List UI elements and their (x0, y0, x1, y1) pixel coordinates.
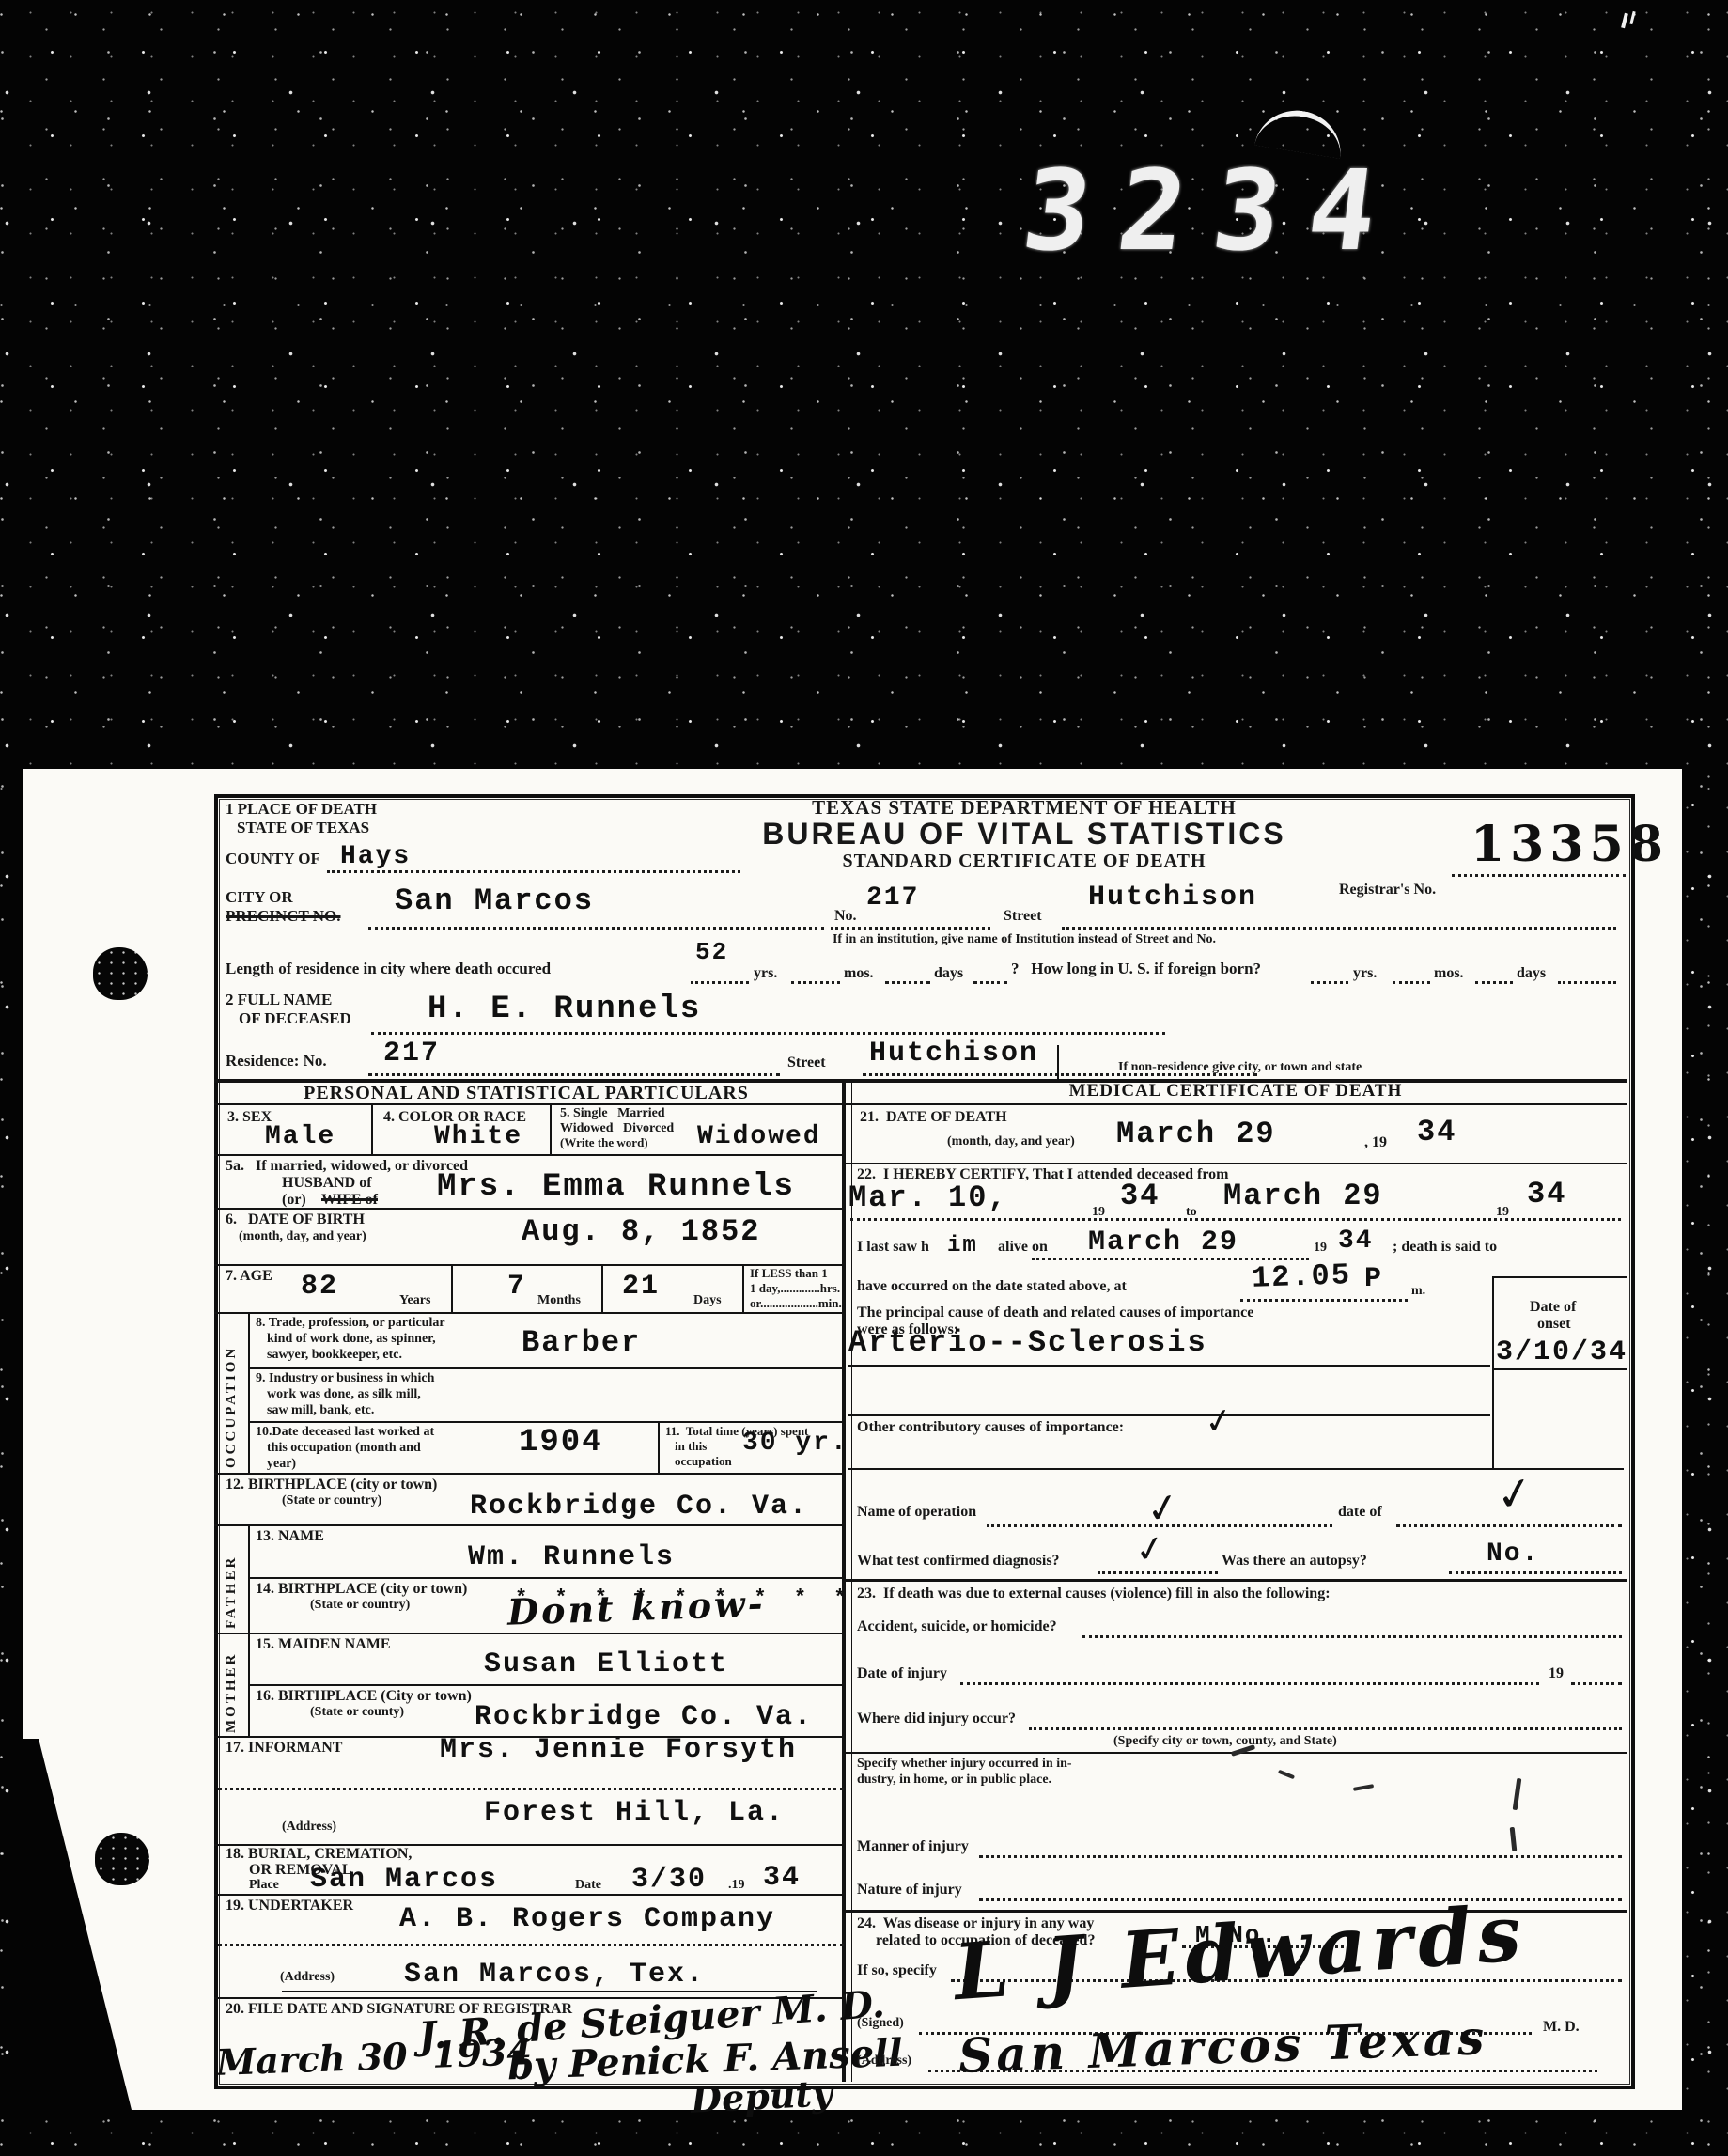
form-rule (214, 1633, 846, 1634)
dotted-leader (1449, 1571, 1622, 1574)
dotted-leader (368, 927, 824, 930)
injury-19-label: 19 (1549, 1665, 1564, 1681)
mother-name-value: Susan Elliott (484, 1648, 728, 1680)
dotted-leader (1311, 981, 1348, 984)
dotted-leader (1062, 927, 1616, 930)
m-label: m. (1411, 1284, 1425, 1298)
fullname-label2: OF DECEASED (239, 1010, 351, 1027)
last-worked-label3: year) (267, 1457, 296, 1471)
father-birthplace-value: Dont know- (506, 1582, 766, 1633)
father-name-label: 13. NAME (256, 1528, 324, 1544)
from-19-label: 19 (1092, 1205, 1105, 1219)
dotted-leader (371, 1032, 1165, 1035)
marital-label-2: Widowed Divorced (560, 1121, 674, 1135)
informant-address-label: (Address) (282, 1820, 336, 1834)
city-value: San Marcos (395, 883, 594, 918)
last-saw-label2: alive on (998, 1239, 1048, 1255)
form-rule (371, 1103, 373, 1154)
dod-19-label: , 19 (1364, 1134, 1387, 1150)
house-number-value: 217 (866, 883, 919, 913)
burial-year-value: 34 (763, 1862, 801, 1894)
personal-band-title: PERSONAL AND STATISTICAL PARTICULARS (226, 1083, 827, 1104)
dotted-leader (1082, 1635, 1622, 1638)
father-birthplace-label: 14. BIRTHPLACE (city or town) (256, 1581, 467, 1597)
form-rule (601, 1264, 603, 1312)
mother-side-label: MOTHER (224, 1637, 240, 1733)
if-less-label1: If LESS than 1 (750, 1267, 828, 1280)
total-time-value: 30 yr. (742, 1429, 848, 1458)
house-number-label: No. (834, 908, 857, 924)
dotted-leader (1571, 1682, 1622, 1685)
dotted-leader (1240, 1299, 1408, 1302)
informant-address-value: Forest Hill, La. (484, 1797, 785, 1829)
dotted-leader (885, 981, 930, 984)
specify-injury-label1: Specify whether injury occurred in in- (857, 1757, 1072, 1771)
undertaker-label: 19. UNDERTAKER (226, 1898, 353, 1914)
deputy-title: Deputy (690, 2071, 833, 2121)
state-label: STATE OF TEXAS (237, 820, 369, 836)
burial-date-value: 3/30 (631, 1864, 707, 1896)
film-edge-mark (1621, 13, 1628, 28)
street-label: Street (1004, 908, 1042, 924)
medical-band-title: MEDICAL CERTIFICATE OF DEATH (850, 1081, 1621, 1101)
dotted-leader (960, 1682, 1539, 1685)
dotted-leader (1452, 874, 1626, 877)
signed-label: (Signed) (857, 2016, 904, 2030)
last-saw-label1: I last saw h (857, 1239, 929, 1255)
time-of-death-value: 12.05 (1251, 1258, 1351, 1296)
form-rule (214, 1208, 846, 1210)
undertaker-address-label: (Address) (280, 1970, 335, 1984)
years-label: Years (399, 1293, 430, 1307)
birthplace-label: 12. BIRTHPLACE (city or town) (226, 1476, 437, 1492)
form-rule (846, 1579, 1627, 1582)
yrs-label: yrs. (754, 965, 777, 981)
to-label: to (1186, 1205, 1197, 1219)
time-pm-value: P (1364, 1263, 1383, 1295)
form-rule (248, 1367, 846, 1369)
last-saw-date: March 29 (1088, 1226, 1238, 1258)
dob-label: 6. DATE OF BIRTH (226, 1211, 365, 1227)
trade-label3: sawyer, bookkeeper, etc. (267, 1348, 402, 1362)
nature-of-injury-label: Nature of injury (857, 1882, 962, 1898)
trade-value: Barber (522, 1325, 641, 1360)
contributory-label: Other contributory causes of importance: (857, 1419, 1124, 1435)
age-years-value: 82 (301, 1271, 338, 1303)
fullname-label: 2 FULL NAME (226, 992, 332, 1008)
form-rule (214, 1312, 846, 1314)
dotted-leader (1558, 981, 1616, 984)
age-days-value: 21 (622, 1271, 660, 1303)
days-label: days (934, 965, 963, 981)
date-of-injury-label: Date of injury (857, 1665, 947, 1681)
dotted-leader (218, 1788, 844, 1790)
last-saw-him: im (947, 1233, 978, 1258)
occupation-side-label: OCCUPATION (224, 1320, 240, 1468)
street-value: Hutchison (1088, 882, 1257, 914)
county-value: Hays (340, 842, 411, 871)
certificate-title: STANDARD CERTIFICATE OF DEATH (601, 851, 1447, 872)
microfilm-frame-number: 3234 (1017, 146, 1412, 275)
industry-label1: 9. Industry or business in which (256, 1371, 434, 1385)
total-time-label2: in this (675, 1440, 707, 1453)
form-rule (214, 1154, 846, 1156)
burial-label1: 18. BURIAL, CREMATION, (226, 1846, 412, 1862)
where-injury-label: Where did injury occur? (857, 1711, 1016, 1726)
dotted-leader (1393, 981, 1430, 984)
informant-value: Mrs. Jennie Forsyth (440, 1734, 797, 1766)
address-label: (Address) (857, 2054, 911, 2068)
form-rule (248, 1684, 846, 1686)
autopsy-value: No. (1487, 1539, 1539, 1569)
residence-label: Residence: No. (226, 1053, 327, 1070)
last-worked-label1: 10.Date deceased last worked at (256, 1425, 434, 1439)
if-less-label2: 1 day,.............hrs. (750, 1282, 840, 1295)
form-rule (248, 1577, 846, 1579)
microfilm-scan-page: 3234 1 PLACE OF DEATH STATE OF TEXAS TEX… (0, 0, 1728, 2156)
dotted-leader (1475, 981, 1513, 984)
autopsy-label: Was there an autopsy? (1222, 1553, 1367, 1569)
film-edge-mark (1629, 11, 1635, 24)
husband-of-label: 5a. If married, widowed, or divorced (226, 1158, 468, 1174)
registrar-number-value: 13358 (1471, 816, 1669, 873)
if-so-specify-label: If so, specify (857, 1962, 937, 1978)
dotted-leader (979, 1855, 1622, 1858)
form-rule (451, 1264, 453, 1312)
date-of-death-label: 21. DATE OF DEATH (860, 1109, 1007, 1125)
dob-value: Aug. 8, 1852 (522, 1214, 760, 1249)
fullname-value: H. E. Runnels (428, 992, 701, 1027)
dotted-leader (831, 927, 990, 930)
form-rule (214, 1524, 846, 1526)
to-19-label: 19 (1496, 1205, 1509, 1219)
industry-label2: work was done, as silk mill, (267, 1387, 421, 1401)
onset-label1: Date of (1530, 1299, 1576, 1315)
hole-punch (93, 947, 148, 1000)
father-birthplace-label2: (State or country) (310, 1598, 410, 1612)
form-rule (848, 1414, 1490, 1416)
dob-label2: (month, day, and year) (239, 1229, 366, 1243)
marital-value: Widowed (697, 1122, 821, 1151)
industry-label3: saw mill, bank, etc. (267, 1403, 374, 1417)
form-rule (742, 1264, 744, 1312)
occurred-label: have occurred on the date stated above, … (857, 1278, 1127, 1294)
death-said-label: ; death is said to (1393, 1239, 1497, 1255)
form-rule (848, 1365, 1490, 1367)
dotted-leader (368, 1073, 780, 1076)
burial-19-label: .19 (728, 1878, 745, 1892)
cause-of-death-value: Arterio--Sclerosis (848, 1325, 1207, 1360)
total-time-label3: occupation (675, 1455, 732, 1468)
form-rule (846, 1163, 1627, 1164)
dod-year-value: 34 (1417, 1115, 1456, 1149)
test-confirmed-label: What test confirmed diagnosis? (857, 1553, 1060, 1569)
dotted-leader (791, 981, 840, 984)
mother-birthplace-label2: (State or county) (310, 1705, 404, 1719)
form-rule (248, 1421, 846, 1423)
certify-from-year: 34 (1120, 1179, 1160, 1213)
residence-number-value: 217 (383, 1038, 440, 1070)
age-label: 7. AGE (226, 1268, 272, 1284)
birthplace-label2: (State or country) (282, 1493, 381, 1508)
registrar-number-label: Registrar's No. (1339, 882, 1436, 898)
days-cell-label: Days (693, 1293, 722, 1307)
form-rule (214, 1473, 846, 1475)
county-label: COUNTY OF (226, 851, 320, 867)
onset-label2: onset (1537, 1316, 1571, 1332)
form-rule (214, 1103, 1627, 1105)
dotted-leader (850, 1218, 1621, 1221)
informant-label: 17. INFORMANT (226, 1740, 342, 1756)
form-rule (1492, 1276, 1494, 1470)
external-causes-label: 23. If death was due to external causes … (857, 1586, 1331, 1601)
birthplace-value: Rockbridge Co. Va. (470, 1491, 808, 1523)
marital-label-3: (Write the word) (560, 1136, 648, 1149)
wife-of-label: WIFE of (321, 1192, 378, 1208)
last-worked-label2: this occupation (month and (267, 1441, 421, 1455)
form-rule (1492, 1368, 1627, 1370)
form-rule (1492, 1276, 1627, 1278)
place-of-death-label: 1 PLACE OF DEATH (226, 801, 377, 818)
mother-birthplace-label: 16. BIRTHPLACE (City or town) (256, 1688, 472, 1704)
principal-cause-label1: The principal cause of death and related… (857, 1305, 1253, 1320)
dotted-leader (1098, 1571, 1218, 1574)
dotted-leader (327, 870, 740, 873)
undertaker-address-value: San Marcos, Tex. (404, 1959, 705, 1991)
department-title: TEXAS STATE DEPARTMENT OF HEALTH (601, 797, 1447, 819)
residence-length-label: Length of residence in city where death … (226, 961, 551, 977)
marital-label-1: 5. Single Married (560, 1106, 665, 1120)
date-of-death-value: March 29 (1116, 1117, 1276, 1151)
precinct-no-label: PRECINCT NO. (226, 908, 340, 925)
trade-label2: kind of work done, as spinner, (267, 1332, 436, 1346)
form-rule (214, 1894, 846, 1896)
spouse-value: Mrs. Emma Runnels (437, 1169, 795, 1205)
age-months-value: 7 (507, 1271, 526, 1303)
husband-of-label2: HUSBAND of (282, 1175, 372, 1191)
certify-from-value: Mar. 10, (848, 1180, 1008, 1215)
operation-label: Name of operation (857, 1504, 976, 1520)
mos-label: mos. (844, 965, 874, 981)
residence-street-label: Street (787, 1055, 826, 1070)
saw-19-label: 19 (1314, 1241, 1327, 1255)
father-name-value: Wm. Runnels (468, 1541, 675, 1573)
father-side-label: FATHER (224, 1530, 240, 1629)
nonresidence-note: If non-residence give city, or town and … (1118, 1060, 1362, 1074)
burial-date-label: Date (575, 1878, 601, 1892)
form-rule (658, 1421, 660, 1473)
months-label: Months (537, 1293, 581, 1307)
trade-label1: 8. Trade, profession, or particular (256, 1316, 445, 1330)
onset-value: 3/10/34 (1496, 1336, 1627, 1368)
form-rule (1057, 1045, 1059, 1081)
days-label: days (1517, 965, 1546, 981)
last-worked-value: 1904 (519, 1425, 603, 1461)
sex-value: Male (265, 1122, 335, 1151)
dotted-leader (979, 1898, 1622, 1901)
specify-injury-label2: dustry, in home, or in public place. (857, 1773, 1051, 1787)
hole-punch (95, 1833, 149, 1885)
dotted-leader (218, 1944, 844, 1946)
race-value: White (434, 1122, 522, 1151)
md-label: M. D. (1543, 2019, 1580, 2035)
city-or-label: CITY OR (226, 889, 293, 906)
last-saw-year: 34 (1338, 1226, 1374, 1256)
burial-place-label: Place (249, 1878, 279, 1892)
dotted-leader (1029, 1727, 1622, 1730)
mos-label: mos. (1434, 965, 1464, 981)
certify-to-value: March 29 (1223, 1179, 1383, 1213)
manner-of-injury-label: Manner of injury (857, 1838, 969, 1854)
if-less-label3: or...................min. (750, 1297, 842, 1310)
dotted-leader (691, 981, 749, 984)
date-of-death-label2: (month, day, and year) (947, 1134, 1075, 1148)
burial-place-value: San Marcos (310, 1864, 498, 1896)
accident-label: Accident, suicide, or homicide? (857, 1618, 1057, 1634)
yrs-label: yrs. (1353, 965, 1377, 981)
form-rule (550, 1103, 552, 1154)
undertaker-value: A. B. Rogers Company (399, 1903, 775, 1935)
dotted-leader (973, 981, 1007, 984)
dotted-leader (1396, 1524, 1622, 1527)
date-of-operation-label: date of (1338, 1504, 1382, 1520)
residence-length-value: 52 (695, 938, 728, 966)
or-label: (or) (282, 1192, 306, 1208)
mother-birthplace-value: Rockbridge Co. Va. (475, 1701, 813, 1733)
form-rule (248, 1312, 250, 1473)
bureau-title: BUREAU OF VITAL STATISTICS (601, 818, 1447, 851)
certify-to-year: 34 (1527, 1177, 1566, 1211)
specify-city-label: (Specify city or town, county, and State… (1113, 1734, 1337, 1748)
mother-name-label: 15. MAIDEN NAME (256, 1636, 391, 1652)
foreign-born-label: ? How long in U. S. if foreign born? (1011, 961, 1261, 977)
residence-street-value: Hutchison (869, 1038, 1038, 1070)
